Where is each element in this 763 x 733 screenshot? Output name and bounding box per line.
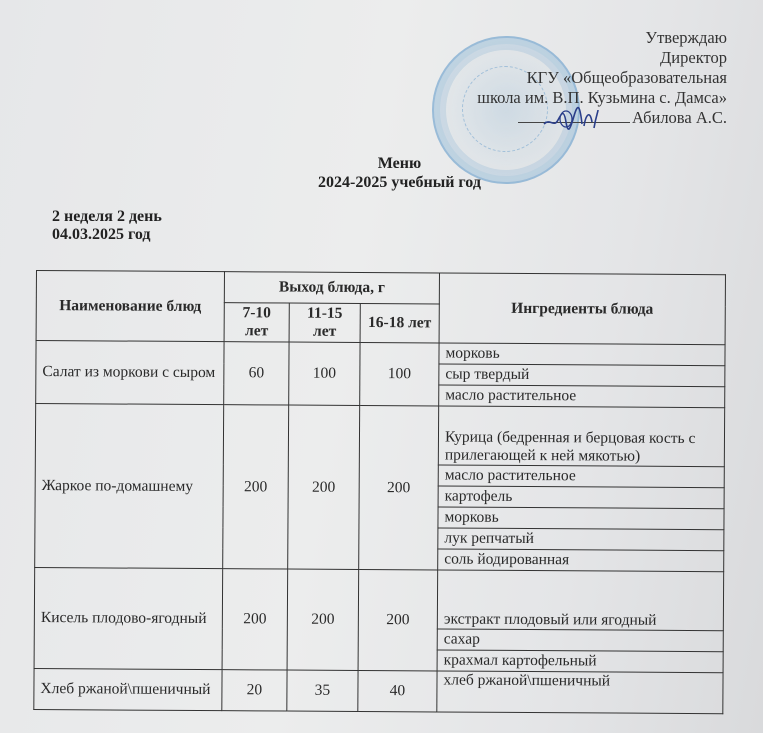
signer-name: Абилова А.С. [632, 108, 727, 127]
ingredient-cell: морковь [438, 507, 724, 530]
approval-line-school: школа им. В.П. Кузьмина с. Дамса» [477, 88, 727, 108]
yield-11-15-cell: 35 [287, 670, 358, 711]
header-age-11-15: 11-15 лет [289, 303, 360, 342]
header-age-7-10: 7-10 лет [224, 303, 289, 342]
dish-name-cell: Жаркое по-домашнему [35, 404, 224, 569]
yield-16-18-cell: 40 [358, 670, 437, 711]
ingredient-cell: соль йодированная [438, 549, 724, 572]
yield-7-10-cell: 20 [222, 670, 287, 711]
ingredient-cell: сыр твердый [439, 364, 725, 387]
signature-underline [518, 110, 630, 123]
header-age-16-18: 16-18 лет [360, 303, 439, 342]
table-row: Салат из моркови с сыром60100100морковь [36, 341, 725, 366]
yield-7-10-cell: 60 [224, 342, 289, 405]
header-ingredients: Ингредиенты блюда [439, 273, 725, 345]
approval-line-approve: Утверждаю [477, 28, 727, 48]
approval-block: Утверждаю Директор КГУ «Общеобразователь… [477, 28, 727, 128]
yield-16-18-cell: 100 [360, 342, 439, 405]
ingredient-cell: морковь [439, 343, 725, 366]
table-row: Хлеб ржаной\пшеничный203540хлеб ржаной\п… [34, 668, 723, 713]
approval-signature-line: Абилова А.С. [477, 108, 727, 128]
document-subtitle: 2024-2025 учебный год [18, 173, 763, 192]
ingredient-cell: Курица (бедренная и берцовая кость с при… [438, 406, 724, 467]
menu-meta: 2 неделя 2 день 04.03.2025 год [52, 208, 162, 244]
yield-11-15-cell: 100 [289, 342, 360, 405]
ingredient-cell: лук репчатый [438, 528, 724, 551]
dish-name-cell: Салат из моркови с сыром [36, 341, 224, 405]
ingredient-cell: сахар [437, 629, 723, 652]
yield-11-15-cell: 200 [288, 405, 360, 569]
menu-date: 04.03.2025 год [52, 226, 162, 244]
dish-name-cell: Кисель плодово-ягодный [34, 567, 223, 669]
yield-16-18-cell: 200 [358, 569, 438, 670]
table-row: Жаркое по-домашнему200200200Курица (бедр… [35, 404, 724, 467]
approval-line-position: Директор [477, 48, 727, 68]
approval-line-org: КГУ «Общеобразовательная [477, 68, 727, 88]
document-title: Меню [18, 154, 763, 173]
ingredient-cell: картофель [438, 486, 724, 509]
menu-table: Наименование блюд Выход блюда, г Ингреди… [33, 270, 726, 714]
dish-name-cell: Хлеб ржаной\пшеничный [34, 668, 222, 710]
ingredient-cell: хлеб ржаной\пшеничный [437, 671, 723, 714]
ingredient-cell: крахмал картофельный [437, 650, 723, 673]
ingredient-cell: масло растительное [439, 385, 725, 408]
yield-11-15-cell: 200 [287, 569, 359, 670]
header-yield: Выход блюда, г [224, 272, 439, 304]
yield-7-10-cell: 200 [223, 405, 289, 569]
ingredient-cell: масло растительное [438, 465, 724, 488]
week-day-label: 2 неделя 2 день [52, 208, 162, 226]
table-row: Кисель плодово-ягодный200200200экстракт … [34, 567, 723, 630]
yield-7-10-cell: 200 [222, 569, 288, 670]
menu-table-body: Салат из моркови с сыром60100100морковьс… [34, 341, 725, 714]
ingredient-cell: экстракт плодовый или ягодный [437, 570, 723, 631]
header-dish-name: Наименование блюд [36, 271, 224, 342]
yield-16-18-cell: 200 [359, 405, 439, 569]
